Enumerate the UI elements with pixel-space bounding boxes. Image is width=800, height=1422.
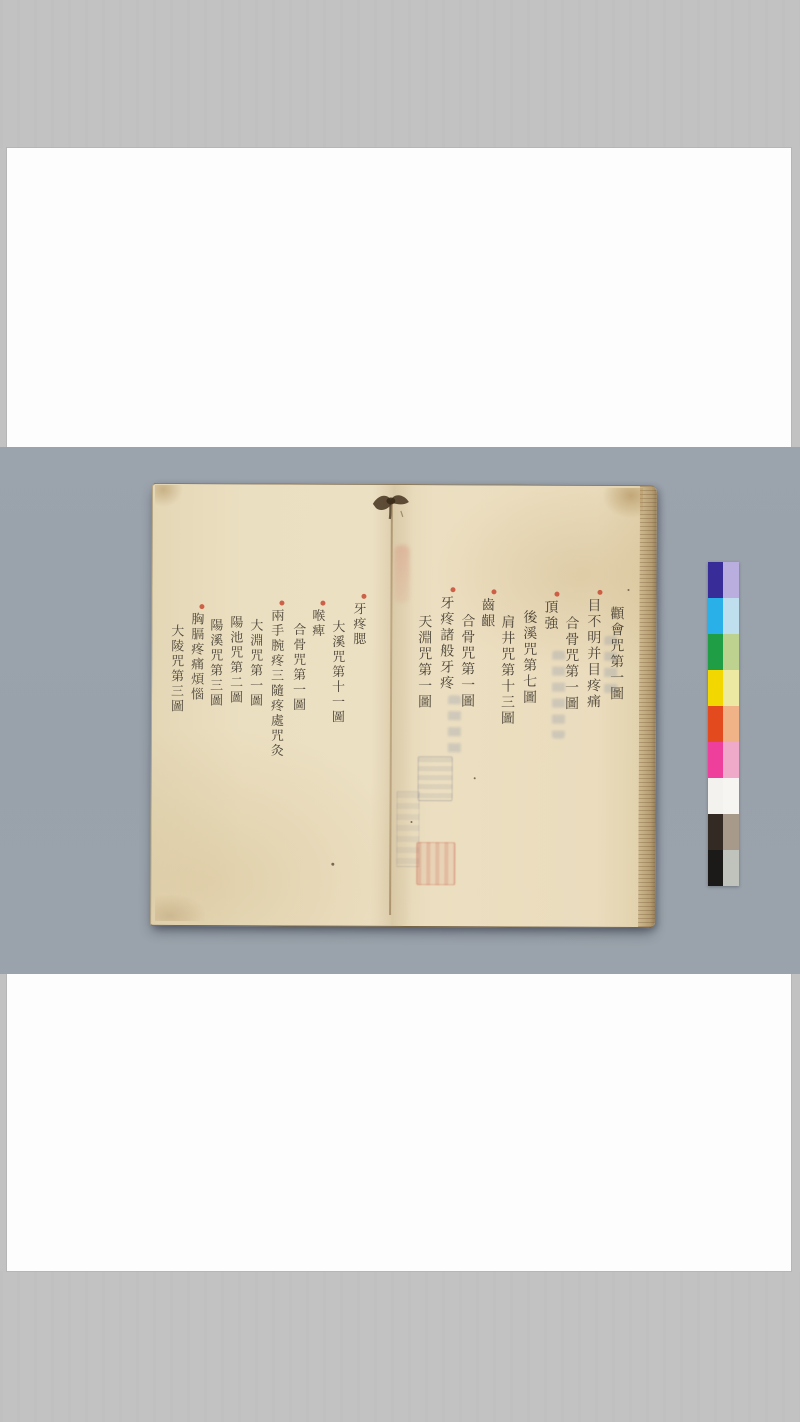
manuscript-text-column: 大陵咒第三圖: [169, 624, 182, 714]
text-columns-layer: 顴會咒第一圖目不明并目疼痛合骨咒第一圖頂強後溪咒第七圖肩井咒第十三圖齒齦合骨咒第…: [151, 484, 657, 927]
vermilion-punctuation-dot: [554, 592, 559, 597]
manuscript-text-column: 陽溪咒第三圖: [208, 618, 221, 708]
manuscript-text-column: 大溪咒第十一圖: [330, 620, 343, 725]
manuscript-text-column: 後溪咒第七圖: [522, 610, 536, 706]
manuscript-text-column: 兩手腕疼三隨疼處咒灸: [269, 608, 283, 758]
manuscript-photo: 顴會咒第一圖目不明并目疼痛合骨咒第一圖頂強後溪咒第七圖肩井咒第十三圖齒齦合骨咒第…: [0, 447, 800, 974]
manuscript-text-column: 肩井咒第十三圖: [500, 614, 514, 726]
vermilion-punctuation-dot: [279, 600, 284, 605]
manuscript-text-column: 大淵咒第一圖: [248, 618, 261, 708]
top-letterbox: [0, 0, 800, 148]
screenshot-canvas: 顴會咒第一圖目不明并目疼痛合骨咒第一圖頂強後溪咒第七圖肩井咒第十三圖齒齦合骨咒第…: [0, 0, 800, 1422]
manuscript-text-column: 合骨咒第一圖: [460, 613, 474, 709]
manuscript-text-column: 天淵咒第一圖: [417, 614, 431, 710]
manuscript-text-column: 齒齦: [480, 597, 494, 629]
manuscript-text-column: 目不明并目疼痛: [586, 598, 600, 710]
manuscript-text-column: 合骨咒第一圖: [564, 616, 578, 712]
bottom-letterbox: [0, 1271, 800, 1422]
manuscript-text-column: 頂強: [543, 600, 557, 632]
vermilion-punctuation-dot: [491, 589, 496, 594]
vermilion-punctuation-dot: [597, 590, 602, 595]
vermilion-punctuation-dot: [320, 601, 325, 606]
manuscript-text-column: 牙疼諸般牙疼: [439, 595, 453, 691]
manuscript-text-column: 喉痺: [310, 609, 323, 639]
vermilion-punctuation-dot: [199, 604, 204, 609]
manuscript-text-column: 顴會咒第一圖: [609, 606, 623, 702]
vermilion-punctuation-dot: [450, 587, 455, 592]
open-manuscript-book: 顴會咒第一圖目不明并目疼痛合骨咒第一圖頂強後溪咒第七圖肩井咒第十三圖齒齦合骨咒第…: [150, 483, 657, 928]
manuscript-text-column: 牙疼腮: [351, 602, 364, 647]
manuscript-text-column: 合骨咒第一圖: [291, 623, 304, 713]
vermilion-punctuation-dot: [361, 594, 366, 599]
manuscript-text-column: 陽池咒第二圖: [228, 615, 241, 705]
manuscript-text-column: 胸膈疼痛煩惱: [189, 612, 202, 702]
